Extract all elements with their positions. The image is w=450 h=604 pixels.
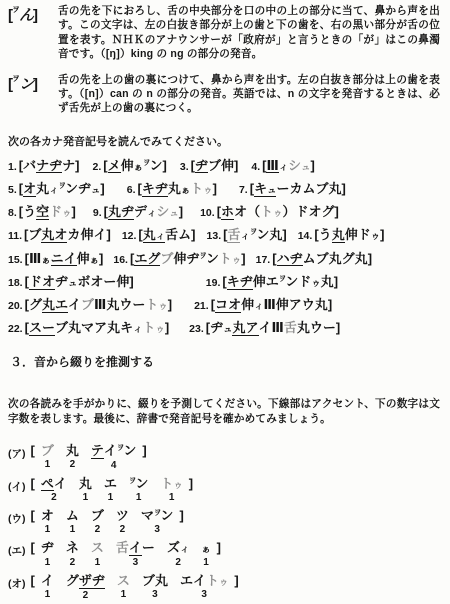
letter-count: 1 bbox=[45, 524, 51, 535]
phonetic-char: ブ bbox=[316, 182, 329, 196]
spelling-quiz-list: (ア)[ブ1丸2テイヲン4](イ)[ペイ2丸1エ1ヲン1トゥ1](ウ)[オ1ム1… bbox=[8, 444, 440, 601]
kana-items-list: 1.[バナヂナ]2.[メ伸ぁヲン]3.[ヂブ伸]4.[Ⅲィシュ]5.[オ丸ィヲン… bbox=[8, 158, 440, 336]
phonetic-char: ネ bbox=[66, 541, 79, 555]
phonetic-char: ゥ bbox=[232, 256, 241, 266]
phonetic-char: ア bbox=[246, 321, 259, 336]
spell-row-label: (エ) bbox=[8, 541, 26, 558]
phonetic-char: ヂ bbox=[210, 321, 223, 335]
phonetic-char: ア bbox=[289, 298, 302, 312]
nasal-mark: ヲ bbox=[143, 158, 151, 167]
bracket-close: ] bbox=[106, 227, 110, 242]
nasal-mark: ヲ bbox=[59, 181, 67, 190]
phonetic-char: イ bbox=[129, 541, 142, 556]
kana-item-7: 7.[キューカムブ丸] bbox=[239, 181, 346, 197]
phonetic-char: ブ bbox=[316, 252, 329, 266]
bracket-close: ] bbox=[100, 181, 104, 196]
definition-row-ng: [ヲん] 舌の先を下におろし、舌の中央部分を口の中の上の部分に当て、鼻から声を出… bbox=[8, 4, 440, 62]
phonetic-char: ぁ bbox=[41, 256, 50, 266]
phonetic-char: ） bbox=[282, 205, 295, 219]
phonetic-char: ゥ bbox=[219, 578, 228, 588]
phonetic-char: ゥ bbox=[371, 232, 380, 242]
kana-item-3: 3.[ヂブ伸] bbox=[180, 158, 239, 174]
kana-item-13: 13.[舌ィヲン丸] bbox=[207, 227, 287, 243]
bracket-close: ] bbox=[179, 509, 183, 523]
phonetic-char: ウ bbox=[302, 298, 315, 312]
letter-count: 1 bbox=[45, 459, 51, 470]
bracket-close: ] bbox=[368, 251, 372, 266]
sound-group: ブ1 bbox=[41, 444, 54, 470]
kana-item-12: 12.[丸ィ舌ム] bbox=[122, 227, 196, 243]
phonetic-char: ド bbox=[358, 228, 371, 242]
phonetic-char: ヲン bbox=[59, 182, 79, 196]
phonetic-char: 伸 bbox=[80, 228, 93, 242]
phonetic-char: う bbox=[23, 205, 36, 219]
phonetic-char: メ bbox=[108, 159, 121, 174]
sound-group: ネ2 bbox=[66, 541, 79, 567]
phonetic-char: ュ bbox=[169, 209, 178, 219]
phonetic-char: ヂ bbox=[186, 252, 199, 266]
letter-count: 2 bbox=[120, 524, 126, 535]
phonetic-char: ー bbox=[276, 182, 289, 196]
kana-item-17: 17.[ハヂムブ丸グ丸] bbox=[256, 251, 372, 267]
item-number: 5. bbox=[8, 184, 17, 196]
sound-group-chars: ネ bbox=[66, 541, 79, 555]
phonetic-char: ブ bbox=[91, 509, 104, 523]
phonetic-char: 丸 bbox=[79, 477, 92, 491]
phonetic-char: ゥ bbox=[311, 279, 320, 289]
kana-item-20: 20.[グ丸エイブⅢ丸ウートゥ] bbox=[8, 297, 172, 313]
letter-count: 3 bbox=[152, 589, 158, 600]
phonetic-char: ザ bbox=[79, 574, 92, 589]
phonetic-char: 舌 bbox=[284, 321, 297, 335]
sound-group-chars: ぁ bbox=[201, 541, 210, 555]
phonetic-char: ト bbox=[206, 574, 219, 588]
phonetic-char: ブ bbox=[160, 252, 173, 266]
nasal-mark: ヲ bbox=[199, 251, 207, 260]
sound-group: ペイ2 bbox=[41, 477, 67, 504]
phonetic-char: ボ bbox=[77, 275, 90, 289]
phonetic-char: ゥ bbox=[158, 302, 167, 312]
phonetic-char: ド bbox=[295, 205, 308, 219]
bracket-close: ] bbox=[380, 227, 384, 242]
sound-group: ム1 bbox=[66, 509, 79, 535]
bracket-close: ] bbox=[241, 251, 245, 266]
sound-group: ツ2 bbox=[116, 509, 129, 535]
phonetic-char: オ bbox=[234, 205, 247, 219]
kana-items-row: 18.[ドオヂュボオー伸]19.[キヂ伸エヲンドゥ丸] bbox=[8, 274, 440, 290]
bracket-close: ] bbox=[72, 204, 76, 219]
phonetic-char: オ bbox=[54, 228, 67, 243]
sound-group: ス1 bbox=[117, 574, 130, 600]
bracket-close: ] bbox=[282, 227, 286, 242]
phonetic-char: マ bbox=[81, 321, 94, 335]
item-number: 12. bbox=[122, 230, 137, 242]
phonetic-char: ー bbox=[103, 275, 116, 289]
phonetic-char: 丸 bbox=[106, 298, 119, 312]
sound-group-chars: ズィ bbox=[167, 541, 189, 555]
phonetic-char: Ⅲ bbox=[263, 298, 275, 312]
sound-group-chars: マヲン bbox=[141, 509, 174, 523]
phonetic-char: Ⅲ bbox=[272, 321, 284, 335]
phonetic-char: 丸 bbox=[332, 228, 345, 243]
phonetic-char: ウ bbox=[310, 321, 323, 335]
phonetic-char: ム bbox=[66, 509, 79, 523]
sound-group: 丸1 bbox=[79, 477, 92, 503]
spell-quiz-row: (エ)[ヂ1ネ2ス1舌イー3ズィ2ぁ1] bbox=[8, 541, 440, 568]
bracket-close: ] bbox=[168, 297, 172, 312]
bracket-close: ] bbox=[75, 158, 79, 173]
letter-count: 4 bbox=[111, 460, 117, 471]
phonetic-char: イ bbox=[68, 298, 81, 312]
kana-exercise-intro: 次の各カナ発音記号を読んでみてください。 bbox=[8, 133, 440, 149]
phonetic-char: ト bbox=[190, 182, 203, 196]
letter-count: 1 bbox=[83, 492, 89, 503]
phonetic-char: 丸 bbox=[66, 444, 79, 458]
phonetic-char: ゥ bbox=[173, 481, 182, 491]
phonetic-char: 丸 bbox=[41, 228, 54, 243]
bracket-close: ] bbox=[191, 227, 195, 242]
sound-group-chars: エイトゥ bbox=[180, 574, 228, 588]
item-number: 4. bbox=[251, 161, 260, 173]
phonetic-char: イ bbox=[41, 574, 54, 588]
phonetic-char: 伸 bbox=[276, 298, 289, 312]
nasal-mark: ヲ bbox=[250, 227, 258, 236]
spell-quiz-row: (イ)[ペイ2丸1エ1ヲン1トゥ1] bbox=[8, 477, 440, 504]
phonetic-char: う bbox=[319, 228, 332, 242]
sound-group: トゥ1 bbox=[160, 477, 182, 503]
phonetic-char: ヂ bbox=[195, 159, 208, 174]
letter-count: 1 bbox=[95, 557, 101, 568]
phonetic-char: 丸 bbox=[232, 321, 245, 336]
sound-group-chars: トゥ bbox=[160, 477, 182, 491]
sound-group-chars: ツ bbox=[116, 509, 129, 523]
phonetic-char: 丸 bbox=[297, 321, 310, 335]
phonetic-char: 丸 bbox=[36, 182, 49, 196]
phonetic-char: イ bbox=[193, 574, 206, 588]
phonetic-char: ィ bbox=[49, 186, 58, 196]
phonetic-char: ナ bbox=[36, 159, 49, 174]
phonetic-char: ブ bbox=[41, 444, 54, 458]
phonetic-char: 舌 bbox=[227, 228, 240, 243]
letter-count: 2 bbox=[83, 590, 89, 601]
item-number: 9. bbox=[93, 207, 102, 219]
letter-count: 2 bbox=[70, 459, 76, 470]
phonetic-char: Ⅲ bbox=[266, 159, 278, 174]
phonetic-char: ツ bbox=[116, 509, 129, 523]
phonetic-char: 伸 bbox=[221, 159, 234, 173]
item-number: 19. bbox=[206, 277, 221, 289]
kana-item-10: 10.[ホオ（トゥ）ドオグ] bbox=[200, 204, 339, 220]
phonetic-char: エ bbox=[180, 574, 193, 588]
kana-items-row: 1.[バナヂナ]2.[メ伸ぁヲン]3.[ヂブ伸]4.[Ⅲィシュ] bbox=[8, 158, 440, 174]
sound-group-chars: 舌イー bbox=[116, 541, 155, 556]
phonetic-char: 丸 bbox=[329, 252, 342, 266]
sound-group-chars: エ bbox=[104, 477, 117, 491]
phonetic-char: イ bbox=[93, 228, 106, 242]
item-number: 8. bbox=[8, 207, 17, 219]
sound-group-chars: ブ bbox=[41, 444, 54, 458]
phonetic-char: ィ bbox=[133, 325, 142, 335]
phonetic-char: ヂ bbox=[155, 182, 168, 197]
bracket-open: [ bbox=[31, 541, 35, 555]
phonetic-char: ブ bbox=[28, 228, 41, 242]
kana-item-5: 5.[オ丸ィヲンヂュ] bbox=[8, 181, 105, 197]
spell-quiz-row: (ウ)[オ1ム1ブ2ツ2マヲン3] bbox=[8, 509, 440, 535]
phonetic-char: キ bbox=[142, 182, 155, 197]
phonetic-char: ニ bbox=[51, 252, 64, 267]
spell-quiz-row: (オ)[イ1グザヂ2ス1ブ丸3エイトゥ3] bbox=[8, 574, 440, 601]
phonetic-char: ト bbox=[160, 477, 173, 491]
phonetic-char: 丸 bbox=[107, 321, 120, 335]
bracket-close: ] bbox=[234, 574, 238, 588]
phonetic-char: 伸 bbox=[241, 298, 254, 312]
kana-items-row: 15.[Ⅲぁニイ伸ぁ]16.[エグブ伸ヂヲントゥ]17.[ハヂムブ丸グ丸] bbox=[8, 251, 440, 267]
phonetic-char: ホ bbox=[221, 205, 234, 220]
sound-group: オ1 bbox=[41, 509, 54, 535]
sound-group-chars: テイヲン bbox=[91, 444, 137, 459]
phonetic-char: ム bbox=[178, 228, 191, 242]
phonetic-char: ぁ bbox=[181, 186, 190, 196]
kana-item-6: 6.[キヂ丸ぁトゥ] bbox=[127, 181, 217, 197]
sound-group: エ1 bbox=[104, 477, 117, 503]
phonetic-char: 伸 bbox=[116, 275, 129, 289]
phonetic-char: オ bbox=[90, 275, 103, 289]
bracket-close: ] bbox=[234, 158, 238, 173]
bracket-close: ] bbox=[334, 274, 338, 289]
sound-group: イ1 bbox=[41, 574, 54, 600]
item-number: 3. bbox=[180, 161, 189, 173]
sound-group: ぁ1 bbox=[201, 541, 210, 567]
phonetic-char: カ bbox=[289, 182, 302, 196]
phonetic-char: ス bbox=[117, 574, 130, 588]
phonetic-char: エ bbox=[266, 275, 279, 289]
item-number: 18. bbox=[8, 277, 23, 289]
phonetic-char: ゥ bbox=[155, 325, 164, 335]
sound-group: ブ2 bbox=[91, 509, 104, 535]
phonetic-char: ド bbox=[298, 275, 311, 289]
kana-items-row: 11.[ブ丸オカ伸イ]12.[丸ィ舌ム]13.[舌ィヲン丸]14.[う丸伸ドゥ] bbox=[8, 227, 440, 243]
item-number: 10. bbox=[200, 207, 215, 219]
item-number: 21. bbox=[194, 300, 209, 312]
phonetic-char: 伸 bbox=[77, 252, 90, 266]
phonetic-char: シ bbox=[156, 205, 169, 219]
symbol-glyph: ん bbox=[19, 7, 33, 24]
sound-group: ブ丸3 bbox=[142, 574, 168, 600]
section3-heading: ３．音から綴りを推測する bbox=[10, 353, 440, 370]
bracket-close: ] bbox=[33, 76, 37, 93]
phonetic-char: ヂ bbox=[78, 182, 91, 196]
phonetic-char: ム bbox=[303, 252, 316, 266]
kana-items-row: 5.[オ丸ィヲンヂュ]6.[キヂ丸ぁトゥ]7.[キューカムブ丸] bbox=[8, 181, 440, 197]
bracket-close: ] bbox=[336, 320, 340, 335]
phonetic-char: ト bbox=[260, 205, 273, 219]
phonetic-char: デ bbox=[134, 205, 147, 219]
nasal-mark: ヲ bbox=[117, 443, 125, 452]
bracket-close: ] bbox=[179, 204, 183, 219]
phonetic-char: ぁ bbox=[134, 163, 143, 173]
phonetic-char: イ bbox=[259, 321, 272, 335]
letter-count: 2 bbox=[51, 492, 57, 503]
phonetic-char: テ bbox=[91, 444, 104, 459]
phonetic-char: ー bbox=[42, 321, 55, 336]
phonetic-char: ペ bbox=[41, 477, 54, 492]
phonetic-char: ヲン bbox=[117, 444, 137, 458]
phonetic-char: ズ bbox=[167, 541, 180, 555]
phonetic-char: ィ bbox=[180, 545, 189, 555]
kana-item-15: 15.[Ⅲぁニイ伸ぁ] bbox=[8, 251, 103, 267]
sound-group: ヲン1 bbox=[129, 477, 149, 503]
phonetic-char: ー bbox=[142, 541, 155, 555]
letter-count: 3 bbox=[201, 589, 207, 600]
kana-items-row: 22.[スーブ丸マア丸キィトゥ]23.[ヂュ丸アイⅢ舌丸ウー] bbox=[8, 320, 440, 336]
bracket-close: ] bbox=[99, 251, 103, 266]
phonetic-char: オ bbox=[41, 509, 54, 523]
bracket-close: ] bbox=[142, 444, 146, 458]
kana-item-21: 21.[コオ伸ィⅢ伸アウ丸] bbox=[194, 297, 332, 313]
item-number: 14. bbox=[298, 230, 313, 242]
definition-row-n: [ヲン] 舌の先を上の歯の裏につけて、鼻から声を出す。左の白抜き部分は上の歯を表… bbox=[8, 73, 440, 116]
phonetic-char: コ bbox=[215, 298, 228, 313]
kana-item-22: 22.[スーブ丸マア丸キィトゥ] bbox=[8, 320, 169, 336]
kana-item-2: 2.[メ伸ぁヲン] bbox=[93, 158, 167, 174]
sound-group-chars: ヲン bbox=[129, 477, 149, 491]
phonetic-char: Ⅲ bbox=[29, 252, 41, 266]
sound-group-chars: イ bbox=[41, 574, 54, 588]
phonetic-char: ト bbox=[219, 252, 232, 266]
phonetic-char: マ bbox=[141, 509, 154, 523]
bracket-close: ] bbox=[33, 7, 37, 24]
sound-group-chars: ス bbox=[117, 574, 130, 588]
spell-row-label: (ア) bbox=[8, 444, 26, 461]
bracket-close: ] bbox=[213, 181, 217, 196]
sound-group: ヂ1 bbox=[41, 541, 54, 567]
phonetic-char: ヂ bbox=[92, 574, 105, 589]
bracket-close: ] bbox=[342, 181, 346, 196]
letter-count: 1 bbox=[203, 557, 209, 568]
phonetic-char: 舌 bbox=[165, 228, 178, 242]
bracket-open: [ bbox=[31, 477, 35, 491]
definition-text-n: 舌の先を上の歯の裏につけて、鼻から声を出す。左の白抜き部分は上の歯を表す。（[n… bbox=[58, 73, 440, 116]
phonetic-char: ブ bbox=[81, 298, 94, 312]
sound-group-chars: ム bbox=[66, 509, 79, 523]
bracket-close: ] bbox=[165, 320, 169, 335]
phonetic-char: ブ bbox=[208, 159, 221, 173]
sound-group-chars: グザヂ bbox=[66, 574, 105, 589]
sound-group-chars: ペイ bbox=[41, 477, 67, 492]
symbol-glyph: ン bbox=[19, 76, 33, 93]
sound-group: 丸2 bbox=[66, 444, 79, 470]
sound-group: グザヂ2 bbox=[66, 574, 105, 601]
phonetic-char: ー bbox=[323, 321, 336, 335]
bracket-close: ] bbox=[189, 477, 193, 491]
letter-count: 2 bbox=[175, 557, 181, 568]
phonetic-char: ィ bbox=[240, 232, 249, 242]
definition-text-ng: 舌の先を下におろし、舌の中央部分を口の中の上の部分に当て、鼻から声を出す。この文… bbox=[58, 4, 440, 62]
phonetic-char: 舌 bbox=[116, 541, 129, 555]
phonetic-char: ヲン bbox=[154, 509, 174, 523]
phonetic-char: バ bbox=[23, 159, 36, 173]
bracket-close: ] bbox=[217, 541, 221, 555]
spelling-instructions: 次の各読みを手がかりに、綴りを予測してください。下線部はアクセント、下の数字は文… bbox=[8, 397, 440, 427]
kana-item-23: 23.[ヂュ丸アイⅢ舌丸ウー] bbox=[189, 320, 340, 336]
bracket-open: [ bbox=[31, 444, 35, 458]
bracket-close: ] bbox=[311, 158, 315, 173]
bracket-close: ] bbox=[328, 297, 332, 312]
phonetic-char: ぁ bbox=[201, 545, 210, 555]
phonetic-char: グ bbox=[66, 574, 79, 588]
kana-items-row: 8.[う空ドゥ]9.[丸ヂディシュ]10.[ホオ（トゥ）ドオグ] bbox=[8, 204, 440, 220]
phonetic-char: ヂ bbox=[41, 541, 54, 555]
phonetic-char: ブ bbox=[142, 574, 155, 588]
phonetic-char: 丸 bbox=[329, 182, 342, 196]
phonetic-char: グ bbox=[29, 298, 42, 312]
sound-group: ズィ2 bbox=[167, 541, 189, 567]
letter-count: 1 bbox=[70, 524, 76, 535]
phonetic-char: ヲン bbox=[143, 159, 163, 173]
phonetic-char: オ bbox=[42, 275, 55, 290]
phonetic-char: ュ bbox=[68, 279, 77, 289]
sound-group-chars: 丸 bbox=[79, 477, 92, 491]
phonetic-char: 伸 bbox=[345, 228, 358, 242]
phonetic-char: ュ bbox=[301, 163, 310, 173]
phonetic-char: ゥ bbox=[62, 209, 71, 219]
kana-item-4: 4.[Ⅲィシュ] bbox=[251, 158, 314, 174]
phonetic-char: ア bbox=[94, 321, 107, 335]
nasal-mark: ヲ bbox=[12, 5, 19, 14]
phonetic-char: ゥ bbox=[203, 186, 212, 196]
kana-item-8: 8.[う空ドゥ] bbox=[8, 204, 76, 220]
phonetic-char: 丸 bbox=[168, 182, 181, 196]
phonetic-char: 丸 bbox=[355, 252, 368, 266]
letter-count: 1 bbox=[45, 557, 51, 568]
kana-item-18: 18.[ドオヂュボオー伸] bbox=[8, 274, 134, 290]
phonetic-char: エ bbox=[134, 252, 147, 267]
item-number: 15. bbox=[8, 254, 23, 266]
item-number: 11. bbox=[8, 230, 22, 242]
spell-row-label: (オ) bbox=[8, 574, 26, 591]
sound-group: マヲン3 bbox=[141, 509, 174, 535]
phonetic-char: 丸 bbox=[143, 228, 156, 243]
phonetic-char: カ bbox=[67, 228, 80, 242]
phonetic-char: ヂ bbox=[55, 275, 68, 289]
phonetic-char: ィ bbox=[254, 302, 263, 312]
sound-group-chars: ブ bbox=[91, 509, 104, 523]
phonetic-char: ィ bbox=[156, 232, 165, 243]
spell-quiz-row: (ア)[ブ1丸2テイヲン4] bbox=[8, 444, 440, 471]
item-number: 2. bbox=[93, 161, 102, 173]
bracket-close: ] bbox=[129, 274, 133, 289]
phonetic-char: イ bbox=[64, 252, 77, 267]
item-number: 1. bbox=[8, 161, 17, 173]
phonetic-char: 丸 bbox=[321, 275, 334, 289]
phonetic-char: ウ bbox=[119, 298, 132, 312]
sound-group: エイトゥ3 bbox=[180, 574, 228, 600]
kana-item-1: 1.[バナヂナ] bbox=[8, 158, 80, 174]
kana-item-16: 16.[エグブ伸ヂヲントゥ] bbox=[113, 251, 245, 267]
phonetic-char: Ⅲ bbox=[94, 298, 106, 312]
phonetic-char: ス bbox=[29, 321, 42, 336]
phonetic-char: イ bbox=[104, 444, 117, 458]
nasal-mark: ヲ bbox=[279, 274, 287, 283]
bracket-open: [ bbox=[31, 509, 35, 523]
phonetic-char: オ bbox=[309, 205, 322, 219]
phonetic-char: キ bbox=[254, 182, 267, 197]
letter-count: 1 bbox=[108, 492, 114, 503]
sound-group-chars: ス bbox=[91, 541, 104, 555]
letter-count: 1 bbox=[136, 492, 142, 503]
phonetic-char: グ bbox=[342, 252, 355, 266]
phonetic-char: グ bbox=[147, 252, 160, 267]
